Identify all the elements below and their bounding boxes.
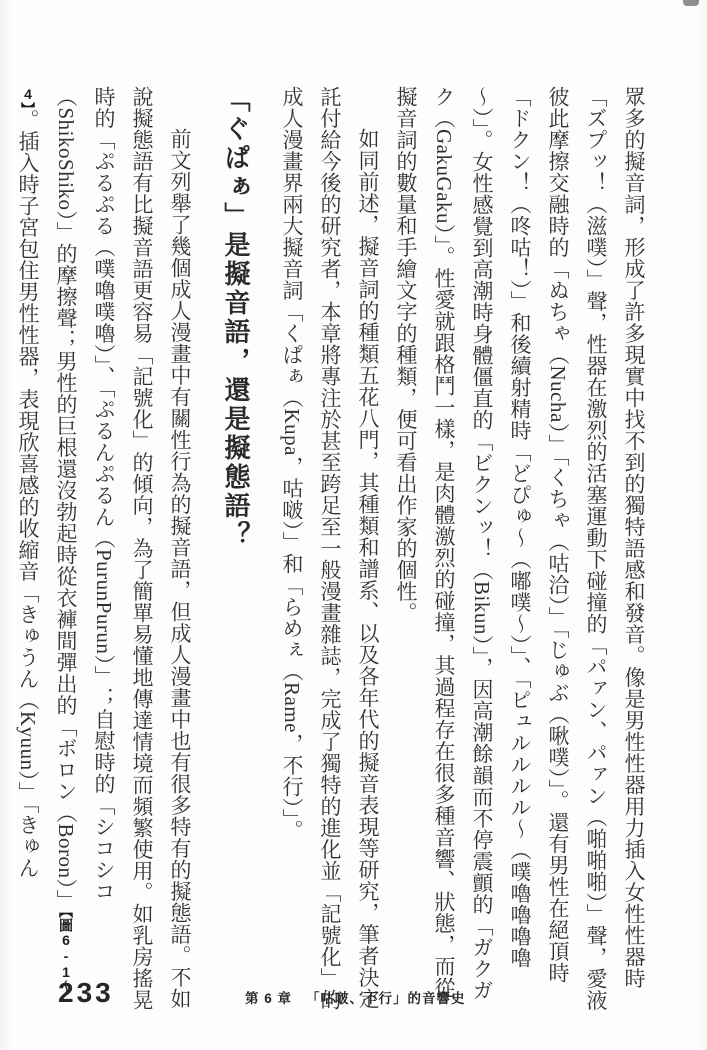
paragraph-text: 。插入時子宮包住男性性器，表現欣喜感的收縮音「きゅうん（Kyuun）」「きゅん [16,109,40,879]
paragraph: 前文列舉了幾個成人漫畫中有關性行為的擬音語，但成人漫畫中也有很多特有的擬態語。不… [9,86,199,1012]
section-heading: 「ぐぱぁ」是擬音語，還是擬態語？ [207,86,265,1012]
vertical-text-block: 眾多的擬音詞，形成了許多現實中找不到的獨特語感和發音。像是男性性器用力插入女性性… [9,86,653,1012]
paragraph-continued: 眾多的擬音詞，形成了許多現實中找不到的獨特語感和發音。像是男性性器用力插入女性性… [387,86,653,1012]
page-footer: 233 第 6 章「咕啵、不行」的音響史 [0,975,707,1015]
paragraph-text: 前文列舉了幾個成人漫畫中有關性行為的擬音語，但成人漫畫中也有很多特有的擬態語。不… [54,86,192,1011]
running-footer: 第 6 章「咕啵、不行」的音響史 [245,987,466,1007]
scan-mark [683,0,699,6]
chapter-label: 第 6 章 [245,991,292,1006]
chapter-title: 「咕啵、不行」的音響史 [306,991,466,1006]
page-number: 233 [58,977,114,1009]
book-page: 眾多的擬音詞，形成了許多現實中找不到的獨特語感和發音。像是男性性器用力插入女性性… [0,0,707,1050]
paragraph: 如同前述，擬音詞的種類五花八門，其種類和譜系、以及各年代的擬音表現等研究，筆者決… [273,86,387,1012]
